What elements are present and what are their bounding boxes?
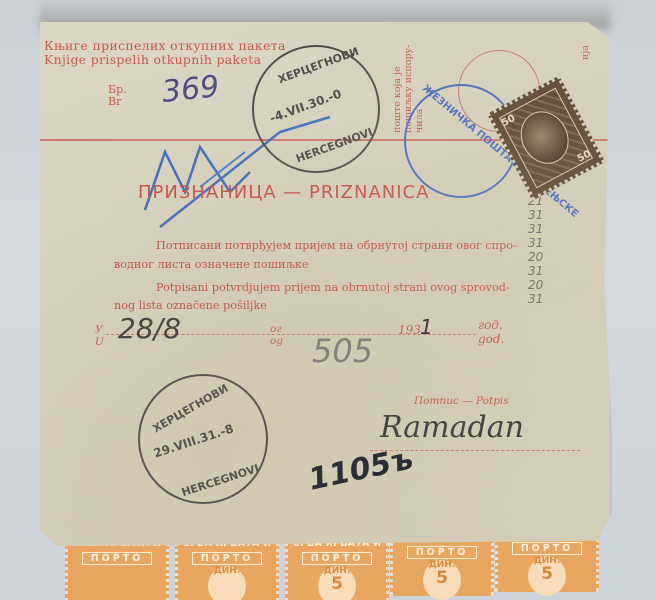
postmark-bottom: ХЕРЦЕГНОВИ 29.VIII.31.-8 HERCEGNOVI [138, 374, 268, 504]
postmark-top: ХЕРЦЕГНОВИ -4.VII.30.-0 HERCEGNOVI [252, 45, 380, 173]
divider-line [40, 139, 610, 141]
signature-line [370, 450, 580, 451]
paragraph-cyrillic: Потписани потврђујем пријем на обрнутој … [156, 239, 517, 252]
vertical-note-2: ија [580, 30, 591, 60]
vertical-note: поште која је пошиљку испору-чила [392, 28, 425, 133]
header-latin: Knjige prispelih otkupnih paketa [44, 52, 261, 67]
signature-label: Потпис — Potpis [414, 395, 509, 407]
god-label: год. god. [478, 318, 504, 346]
handwritten-number: 369 [160, 69, 221, 110]
date-line [106, 334, 476, 335]
handwritten-year: 1 [420, 315, 433, 339]
field-u-label: У U [95, 324, 104, 348]
handwritten-og: 505 [312, 332, 373, 370]
handwritten-place: 28/8 [118, 312, 181, 345]
number-label: Бр. Br [108, 84, 127, 108]
paragraph-latin: Potpisani potvrdjujem prijem na obrnutoj… [156, 281, 510, 294]
blue-railway-stamp: ЖЕЗНИЧКА ПОШТА НА ГОРЕЊСКЕ [404, 84, 518, 198]
handwritten-black-number: 1105ъ [306, 441, 417, 497]
king-portrait [512, 103, 578, 172]
header-cyrillic: Књиге приспелих откупних пакета [44, 38, 286, 53]
stamp-placement-circle [458, 50, 540, 132]
pencil-margin-notes: 21 31 31 31 20 31 20 31 [528, 194, 543, 306]
receipt-document: Књиге приспелих откупних пакета Knjige p… [40, 22, 610, 546]
document-title: ПРИЗНАНИЦА — PRIZNANICA [138, 182, 429, 203]
blue-pencil-mark [140, 92, 340, 232]
field-og-label: ог og [270, 323, 283, 347]
handwritten-signature: Ramadan [380, 410, 524, 445]
postage-stamp: 50 50 [487, 75, 605, 200]
year-prefix: 193 [398, 323, 421, 337]
